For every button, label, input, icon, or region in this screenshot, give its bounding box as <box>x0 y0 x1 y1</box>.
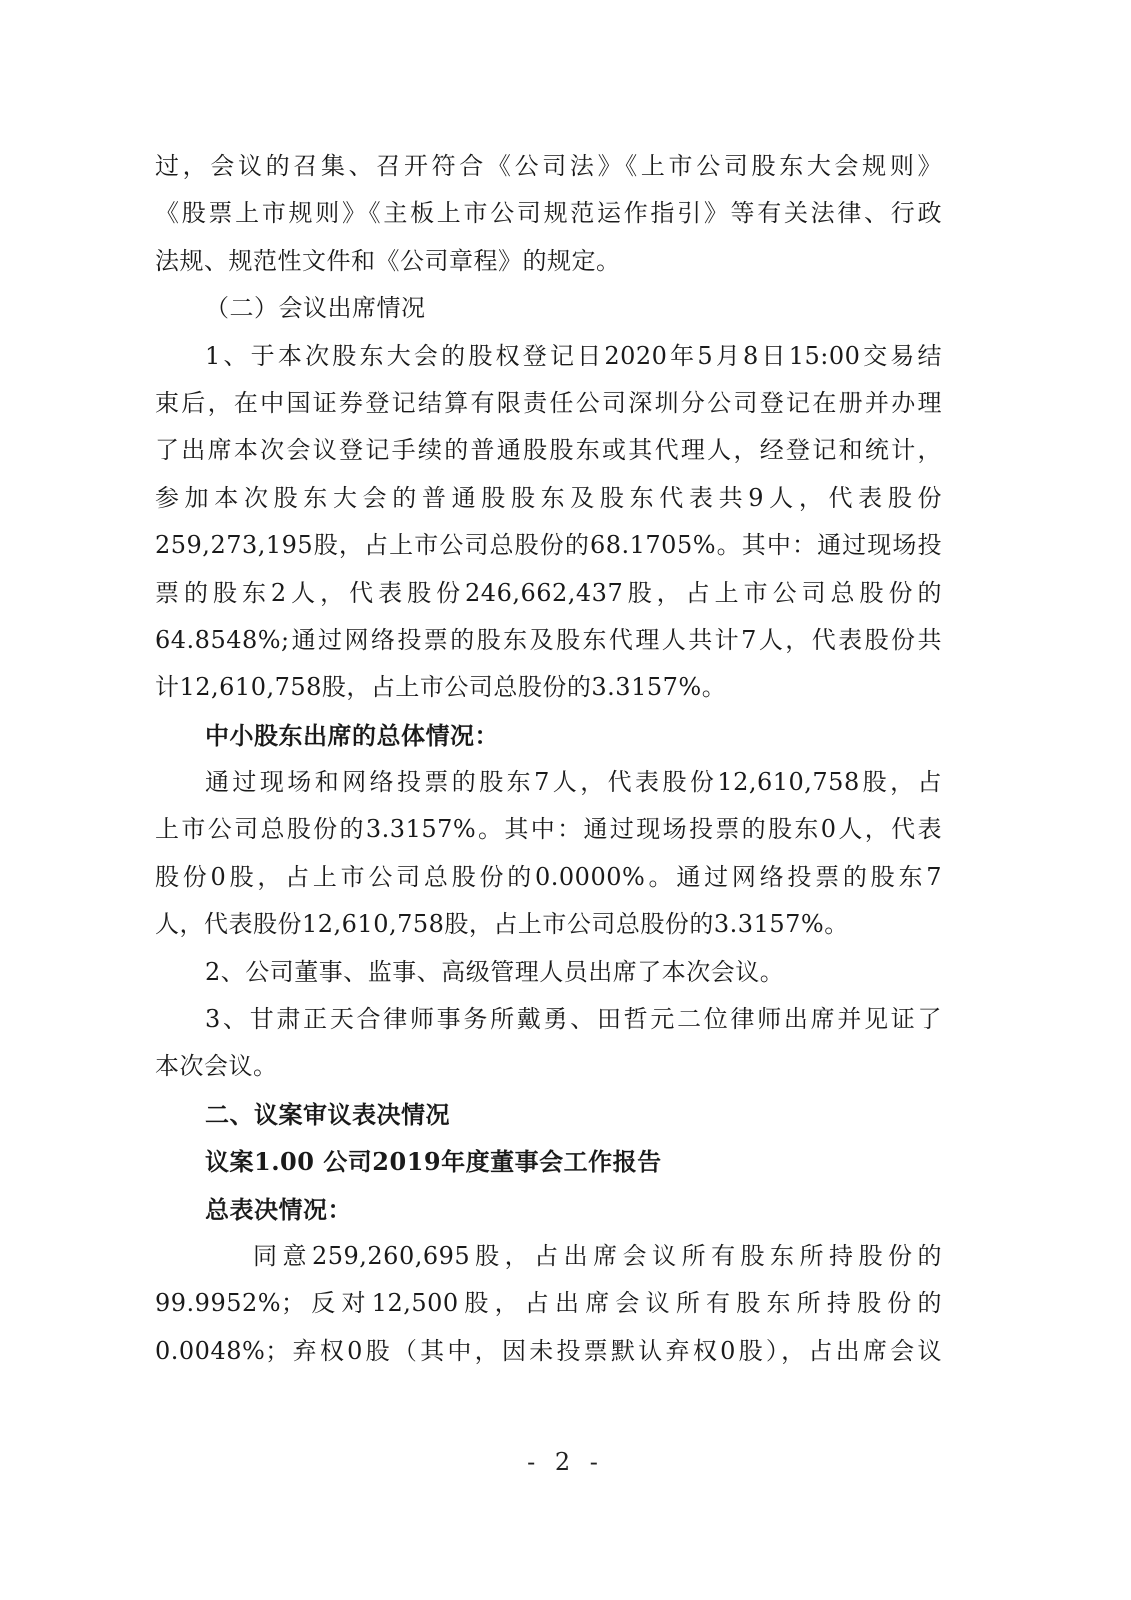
text-line: 259,273,195股，占上市公司总股份的68.1705%。其中：通过现场投 <box>155 522 942 569</box>
text-line: 参加本次股东大会的普通股股东及股东代表共9人，代表股份 <box>155 475 942 522</box>
text-line: 同意259,260,695股，占出席会议所有股东所持股份的 <box>155 1233 942 1280</box>
text-line: 法规、规范性文件和《公司章程》的规定。 <box>155 238 942 285</box>
text-line: 99.9952%；反对12,500股，占出席会议所有股东所持股份的 <box>155 1280 942 1327</box>
text-line: 通过现场和网络投票的股东7人，代表股份12,610,758股，占 <box>155 759 942 806</box>
text-line: 股份0股，占上市公司总股份的0.0000%。通过网络投票的股东7 <box>155 854 942 901</box>
proposal-title: 议案1.00 公司2019年度董事会工作报告 <box>155 1138 942 1185</box>
text-line: 2、公司董事、监事、高级管理人员出席了本次会议。 <box>155 949 942 996</box>
document-page: 过，会议的召集、召开符合《公司法》《上市公司股东大会规则》 《股票上市规则》《主… <box>0 0 1131 1600</box>
text-line: 64.8548%;通过网络投票的股东及股东代理人共计7人，代表股份共 <box>155 617 942 664</box>
text-line: 票的股东2人，代表股份246,662,437股，占上市公司总股份的 <box>155 570 942 617</box>
text-line: 3、甘肃正天合律师事务所戴勇、田哲元二位律师出席并见证了 <box>155 996 942 1043</box>
text-line: 过，会议的召集、召开符合《公司法》《上市公司股东大会规则》 <box>155 143 942 190</box>
text-line: 计12,610,758股，占上市公司总股份的3.3157%。 <box>155 664 942 711</box>
document-body: 过，会议的召集、召开符合《公司法》《上市公司股东大会规则》 《股票上市规则》《主… <box>155 143 942 1375</box>
subheading-total-voting: 总表决情况： <box>155 1186 942 1233</box>
text-line: 了出席本次会议登记手续的普通股股东或其代理人，经登记和统计， <box>155 427 942 474</box>
page-number: - 2 - <box>0 1448 1131 1476</box>
section-heading-attendance: （二）会议出席情况 <box>155 285 942 332</box>
text-line: 人，代表股份12,610,758股，占上市公司总股份的3.3157%。 <box>155 901 942 948</box>
text-line: 0.0048%；弃权0股（其中，因未投票默认弃权0股），占出席会议 <box>155 1328 942 1375</box>
text-line: 《股票上市规则》《主板上市公司规范运作指引》等有关法律、行政 <box>155 190 942 237</box>
subheading-minority-shareholders: 中小股东出席的总体情况： <box>155 712 942 759</box>
section-heading-voting: 二、议案审议表决情况 <box>155 1091 942 1138</box>
text-line: 本次会议。 <box>155 1043 942 1090</box>
text-line: 束后，在中国证券登记结算有限责任公司深圳分公司登记在册并办理 <box>155 380 942 427</box>
text-line: 1、于本次股东大会的股权登记日2020年5月8日15:00交易结 <box>155 333 942 380</box>
text-line: 上市公司总股份的3.3157%。其中：通过现场投票的股东0人，代表 <box>155 806 942 853</box>
